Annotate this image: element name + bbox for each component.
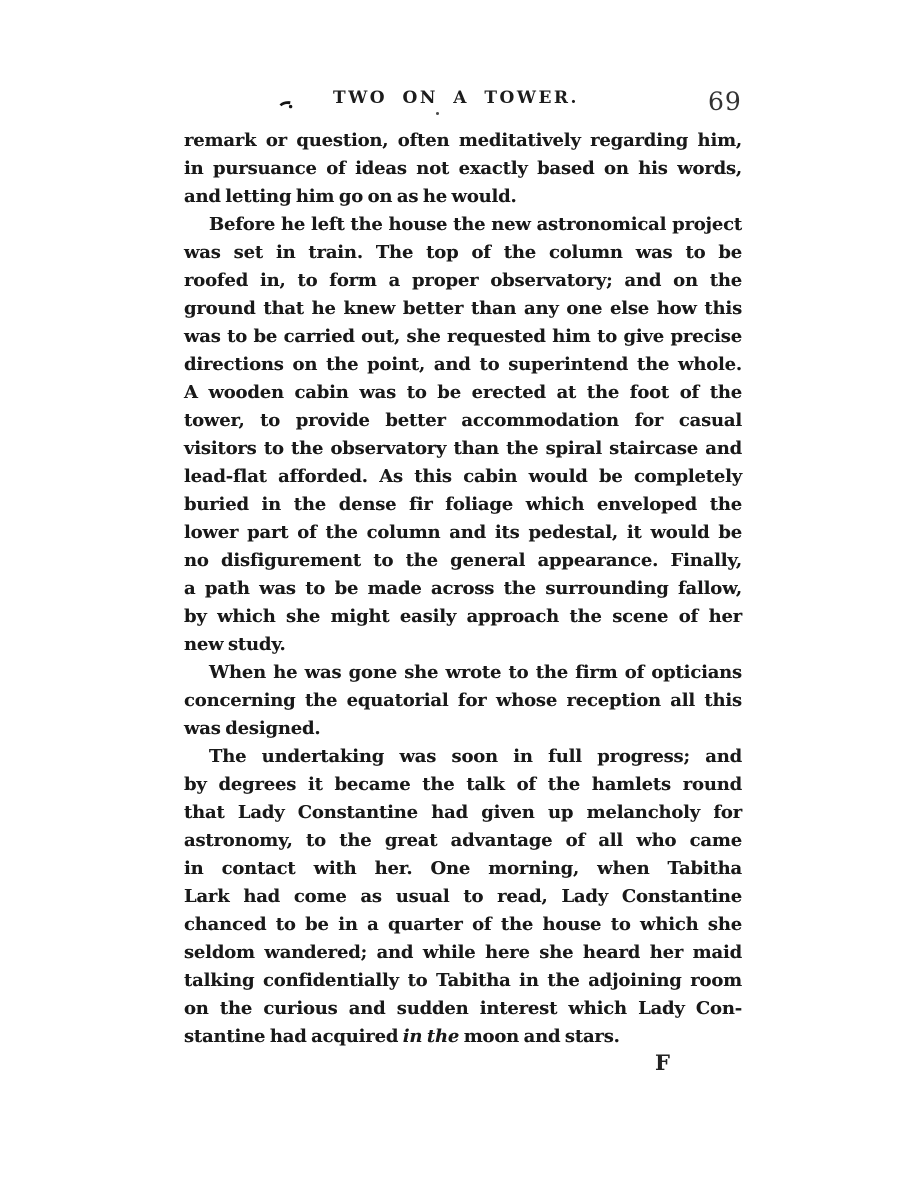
text-line: tower, to provide better accommodation f…	[184, 407, 742, 435]
text-segment: moon and stars.	[459, 1026, 620, 1047]
text-line: lower part of the column and its pedesta…	[184, 519, 742, 547]
text-line: remark or question, often meditatively r…	[184, 127, 742, 155]
text-segment: stantine had acquired	[184, 1026, 403, 1047]
body-text: remark or question, often meditatively r…	[184, 127, 742, 1051]
page-number: 69	[708, 88, 742, 116]
italic-text: in the	[403, 1026, 459, 1047]
text-line: was to be carried out, she requested him…	[184, 323, 742, 351]
ink-smudge-mark	[278, 96, 296, 109]
text-line: Before he left the house the new astrono…	[184, 211, 742, 239]
text-line: talking confidentially to Tabitha in the…	[184, 967, 742, 995]
text-line: in pursuance of ideas not exactly based …	[184, 155, 742, 183]
text-line: A wooden cabin was to be erected at the …	[184, 379, 742, 407]
text-line: and letting him go on as he would.	[184, 183, 742, 211]
text-line: by degrees it became the talk of the ham…	[184, 771, 742, 799]
text-line: on the curious and sudden interest which…	[184, 995, 742, 1023]
text-line: When he was gone she wrote to the firm o…	[184, 659, 742, 687]
text-line: a path was to be made across the surroun…	[184, 575, 742, 603]
text-line: chanced to be in a quarter of the house …	[184, 911, 742, 939]
text-line: lead-flat afforded. As this cabin would …	[184, 463, 742, 491]
text-line: astronomy, to the great advantage of all…	[184, 827, 742, 855]
text-line: concerning the equatorial for whose rece…	[184, 687, 742, 715]
text-line: that Lady Constantine had given up melan…	[184, 799, 742, 827]
text-line: roofed in, to form a proper observatory;…	[184, 267, 742, 295]
text-line: no disfigurement to the general appearan…	[184, 547, 742, 575]
signature-mark: F	[655, 1052, 670, 1073]
text-line: buried in the dense fir foliage which en…	[184, 491, 742, 519]
book-page: TWO ON A TOWER. 69 remark or question, o…	[0, 0, 900, 1200]
text-line: directions on the point, and to superint…	[184, 351, 742, 379]
ink-smudge-icon	[278, 98, 296, 111]
text-line: seldom wandered; and while here she hear…	[184, 939, 742, 967]
text-line: ground that he knew better than any one …	[184, 295, 742, 323]
text-line: The undertaking was soon in full progres…	[184, 743, 742, 771]
text-line: was set in train. The top of the column …	[184, 239, 742, 267]
text-line: visitors to the observatory than the spi…	[184, 435, 742, 463]
running-title: TWO ON A TOWER.	[333, 90, 579, 107]
text-line: in contact with her. One morning, when T…	[184, 855, 742, 883]
text-line: stantine had acquired in the moon and st…	[184, 1023, 742, 1051]
ink-speck	[436, 112, 439, 115]
text-line: was designed.	[184, 715, 742, 743]
text-line: new study.	[184, 631, 742, 659]
text-line: Lark had come as usual to read, Lady Con…	[184, 883, 742, 911]
text-line: by which she might easily approach the s…	[184, 603, 742, 631]
